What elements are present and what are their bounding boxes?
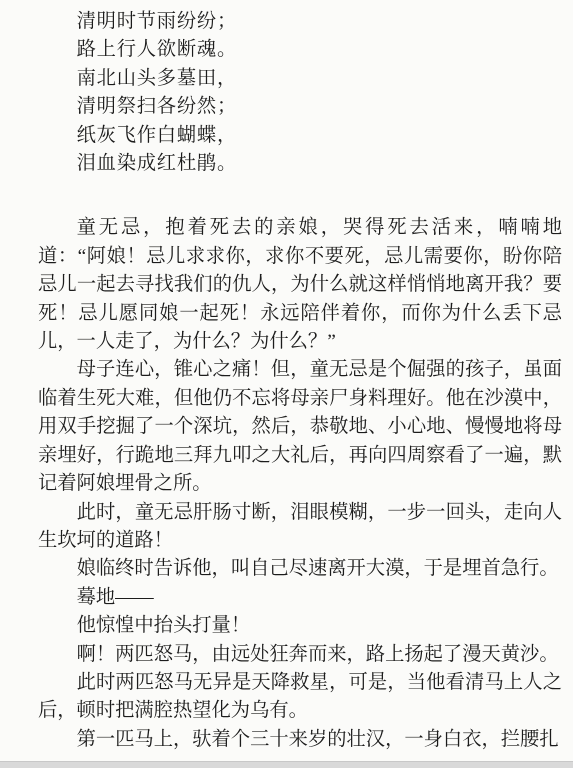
text-block: 清明时节雨纷纷； 路上行人欲断魂。 南北山头多墓田， 清明祭扫各纷然； 纸灰飞作… xyxy=(38,8,562,754)
paragraph: 童无忌，抱着死去的亲娘，哭得死去活来，喃喃地道：“阿娘！忌儿求求你，求你不要死，… xyxy=(38,214,562,356)
paragraph: 母子连心，锥心之痛！但，童无忌是个倔强的孩子，虽面临着生死大难，但他仍不忘将母亲… xyxy=(38,356,562,498)
paragraph: 蓦地—— xyxy=(38,584,562,612)
paragraph: 啊！两匹怒马，由远处狂奔而来，路上扬起了漫天黄沙。 xyxy=(38,641,562,669)
paragraph: 他惊惶中抬头打量！ xyxy=(38,612,562,640)
poem-line: 清明祭扫各纷然； xyxy=(38,93,562,121)
paragraph: 此时两匹怒马无异是天降救星，可是，当他看清马上人之后，顿时把满腔热望化为乌有。 xyxy=(38,669,562,726)
book-page: 清明时节雨纷纷； 路上行人欲断魂。 南北山头多墓田， 清明祭扫各纷然； 纸灰飞作… xyxy=(0,0,573,768)
body-paragraphs: 童无忌，抱着死去的亲娘，哭得死去活来，喃喃地道：“阿娘！忌儿求求你，求你不要死，… xyxy=(38,214,562,754)
poem-line: 泪血染成红杜鹃。 xyxy=(38,150,562,178)
paragraph: 此时，童无忌肝肠寸断，泪眼模糊，一步一回头，走向人生坎坷的道路！ xyxy=(38,499,562,556)
page-bottom-edge xyxy=(0,761,573,768)
poem-line: 纸灰飞作白蝴蝶， xyxy=(38,122,562,150)
paragraph: 第一匹马上，驮着个三十来岁的壮汉，一身白衣，拦腰扎 xyxy=(38,726,562,754)
poem-line: 南北山头多墓田， xyxy=(38,65,562,93)
poem: 清明时节雨纷纷； 路上行人欲断魂。 南北山头多墓田， 清明祭扫各纷然； 纸灰飞作… xyxy=(38,8,562,178)
poem-line: 路上行人欲断魂。 xyxy=(38,36,562,64)
poem-line: 清明时节雨纷纷； xyxy=(38,8,562,36)
paragraph: 娘临终时告诉他，叫自己尽速离开大漠，于是埋首急行。 xyxy=(38,555,562,583)
